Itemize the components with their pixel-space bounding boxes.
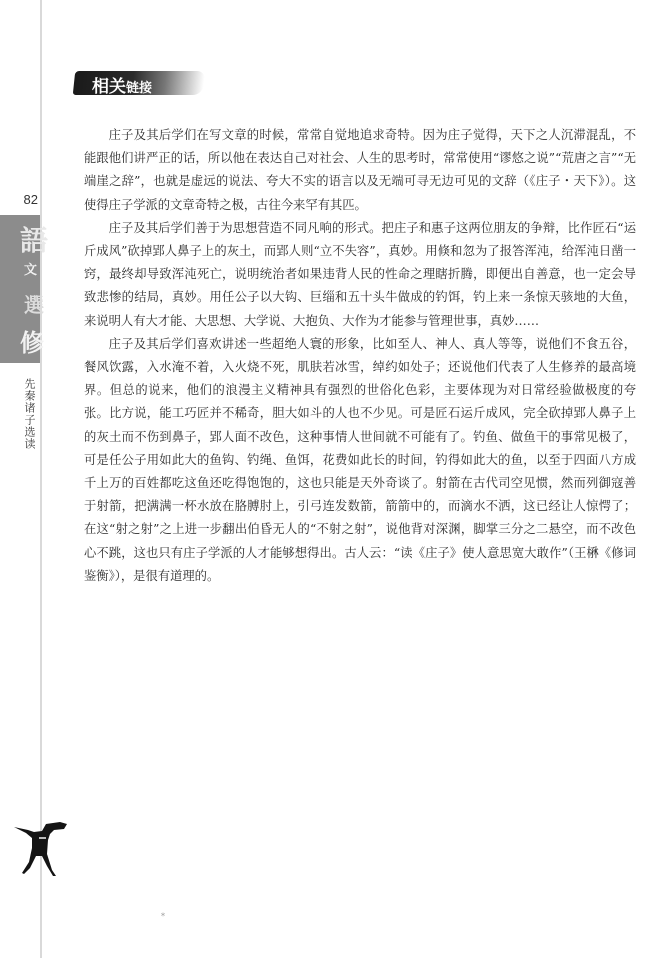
section-title-main: 相关 xyxy=(92,77,126,97)
section-title: 相关链接 xyxy=(92,72,152,97)
margin-rule xyxy=(40,0,42,958)
section-title-sub: 链接 xyxy=(126,81,152,96)
side-tab-char: 語 xyxy=(20,219,48,259)
bronze-vessel-icon xyxy=(12,818,68,888)
section-header: 相关链接 xyxy=(74,68,214,98)
book-subtitle: 先秦诸子选读 xyxy=(22,378,36,450)
paragraph: 庄子及其后学们喜欢讲述一些超绝人寰的形象，比如至人、神人、真人等等，说他们不食五… xyxy=(84,333,636,588)
article-body: 庄子及其后学们在写文章的时候，常常自觉地追求奇特。因为庄子觉得，天下之人沉滞混乱… xyxy=(84,124,636,588)
page-number: 82 xyxy=(12,192,38,207)
paragraph: 庄子及其后学们在写文章的时候，常常自觉地追求奇特。因为庄子觉得，天下之人沉滞混乱… xyxy=(84,124,636,217)
side-tab-char: 修 xyxy=(20,323,44,358)
scan-mark: * xyxy=(161,912,165,921)
side-tab-band: 語 文 選 修 xyxy=(0,215,40,363)
paragraph: 庄子及其后学们善于为思想营造不同凡响的形式。把庄子和惠子这两位朋友的争辩，比作匠… xyxy=(84,217,636,333)
side-tab-char: 選 xyxy=(24,289,44,318)
side-tab-char: 文 xyxy=(24,259,37,278)
